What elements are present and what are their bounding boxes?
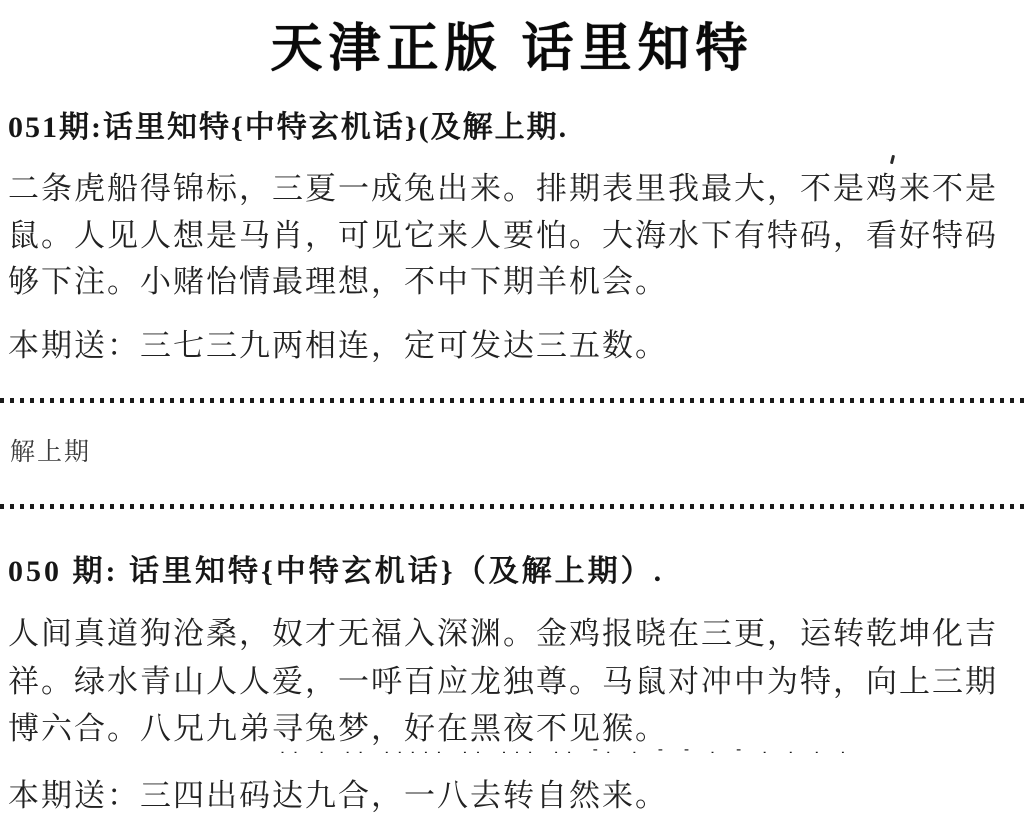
section-051-paragraph-line-3: 够下注。小赌怡情最理想，不中下期羊机会。 (8, 256, 668, 301)
section-050-paragraph-line-2: 祥。绿水青山人人爱，一呼百应龙独尊。马鼠对冲中为特，向上三期 (8, 656, 998, 701)
dotted-divider-bottom (0, 504, 1024, 509)
clipped-illegible-text-fragment: .. . .. ..... .. ... .. -. . - - . - . .… (278, 740, 978, 753)
section-050-paragraph-line-1: 人间真道狗沧桑，奴才无福入深渊。金鸡报晓在三更，运转乾坤化吉 (8, 608, 998, 653)
scanned-document-page: 天津正版 话里知特 051期:话里知特{中特玄机话}(及解上期. 二条虎船得锦标… (0, 0, 1024, 828)
divider-label: 解上期 (10, 432, 91, 468)
section-051-paragraph-line-2: 鼠。人见人想是马肖，可见它来人要怕。大海水下有特码，看好特码 (8, 210, 998, 255)
section-051-gift-line: 本期送：三七三九两相连，定可发达三五数。 (8, 320, 668, 365)
section-051-header: 051期:话里知特{中特玄机话}(及解上期. (8, 102, 568, 146)
section-050-gift-line: 本期送：三四出码达九合，一八去转自然来。 (8, 770, 668, 815)
section-050-header: 050 期: 话里知特{中特玄机话}（及解上期）. (8, 546, 664, 590)
page-title: 天津正版 话里知特 (0, 6, 1024, 81)
dotted-divider-top (0, 398, 1024, 403)
section-051-paragraph-line-1: 二条虎船得锦标，三夏一成兔出来。排期表里我最大，不是鸡来不是 (8, 163, 998, 208)
